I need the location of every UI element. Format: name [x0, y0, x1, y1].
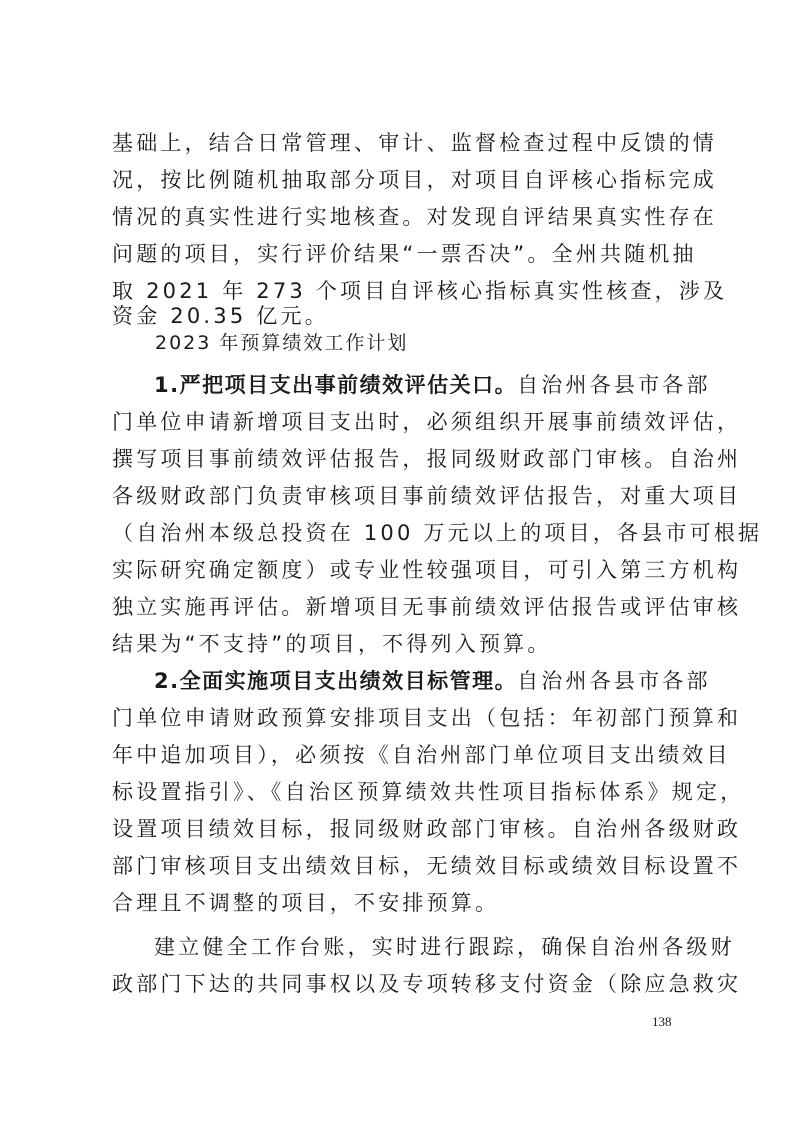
item-1-line-3: 撰写项目事前绩效评估报告，报同级财政部门审核。自治州 — [112, 446, 684, 472]
paragraph-1-line-3: 情况的真实性进行实地核查。对发现自评结果真实性存在 — [112, 204, 684, 230]
item-1-first-line-rest: 自治州各县市各部 — [517, 373, 711, 397]
section-heading: 2023 年预算绩效工作计划 — [155, 330, 408, 356]
item-1-first-line: 1.严把项目支出事前绩效评估关口。自治州各县市各部 — [154, 372, 684, 398]
item-1-line-2: 门单位申请新增项目支出时，必须组织开展事前绩效评估， — [112, 409, 684, 435]
item-2-line-4: 标设置指引》、《自治区预算绩效共性项目指标体系》规定， — [112, 779, 684, 805]
item-1-line-4: 各级财政部门负责审核项目事前绩效评估报告，对重大项目 — [112, 483, 684, 509]
item-2-line-3: 年中追加项目），必须按《自治州部门单位项目支出绩效目 — [112, 742, 684, 768]
item-1-line-8: 结果为“不支持”的项目，不得列入预算。 — [112, 631, 684, 657]
item-2-first-line: 2.全面实施项目支出绩效目标管理。自治州各县市各部 — [154, 668, 684, 694]
paragraph-3-line-1: 建立健全工作台账，实时进行跟踪，确保自治州各级财 — [154, 934, 684, 960]
document-page: 基础上，结合日常管理、审计、监督检查过程中反馈的情 况，按比例随机抽取部分项目，… — [0, 0, 793, 1122]
item-1-line-6: 实际研究确定额度）或专业性较强项目，可引入第三方机构 — [112, 557, 684, 583]
item-1-line-5: （自治州本级总投资在 100 万元以上的项目，各县市可根据 — [112, 520, 684, 546]
paragraph-3-line-2: 政部门下达的共同事权以及专项转移支付资金（除应急救灾 — [112, 971, 684, 997]
page-number: 138 — [652, 1014, 672, 1030]
paragraph-1-line-5: 取 2021 年 273 个项目自评核心指标真实性核查，涉及 — [112, 278, 684, 304]
item-2-line-7: 合理且不调整的项目，不安排预算。 — [112, 890, 684, 916]
item-2-first-line-rest: 自治州各县市各部 — [517, 669, 711, 693]
item-2-line-6: 部门审核项目支出绩效目标，无绩效目标或绩效目标设置不 — [112, 853, 684, 879]
paragraph-1-line-1: 基础上，结合日常管理、审计、监督检查过程中反馈的情 — [112, 130, 684, 156]
item-2-title: 2.全面实施项目支出绩效目标管理。 — [154, 669, 517, 693]
paragraph-1-line-4: 问题的项目，实行评价结果“一票否决”。全州共随机抽 — [112, 241, 684, 267]
item-1-line-7: 独立实施再评估。新增项目无事前绩效评估报告或评估审核 — [112, 594, 684, 620]
item-2-line-5: 设置项目绩效目标，报同级财政部门审核。自治州各级财政 — [112, 816, 684, 842]
paragraph-1-line-2: 况，按比例随机抽取部分项目，对项目自评核心指标完成 — [112, 167, 684, 193]
item-1-title: 1.严把项目支出事前绩效评估关口。 — [154, 373, 517, 397]
item-2-line-2: 门单位申请财政预算安排项目支出（包括：年初部门预算和 — [112, 705, 684, 731]
paragraph-1-line-6: 资金 20.35 亿元。 — [112, 303, 684, 329]
